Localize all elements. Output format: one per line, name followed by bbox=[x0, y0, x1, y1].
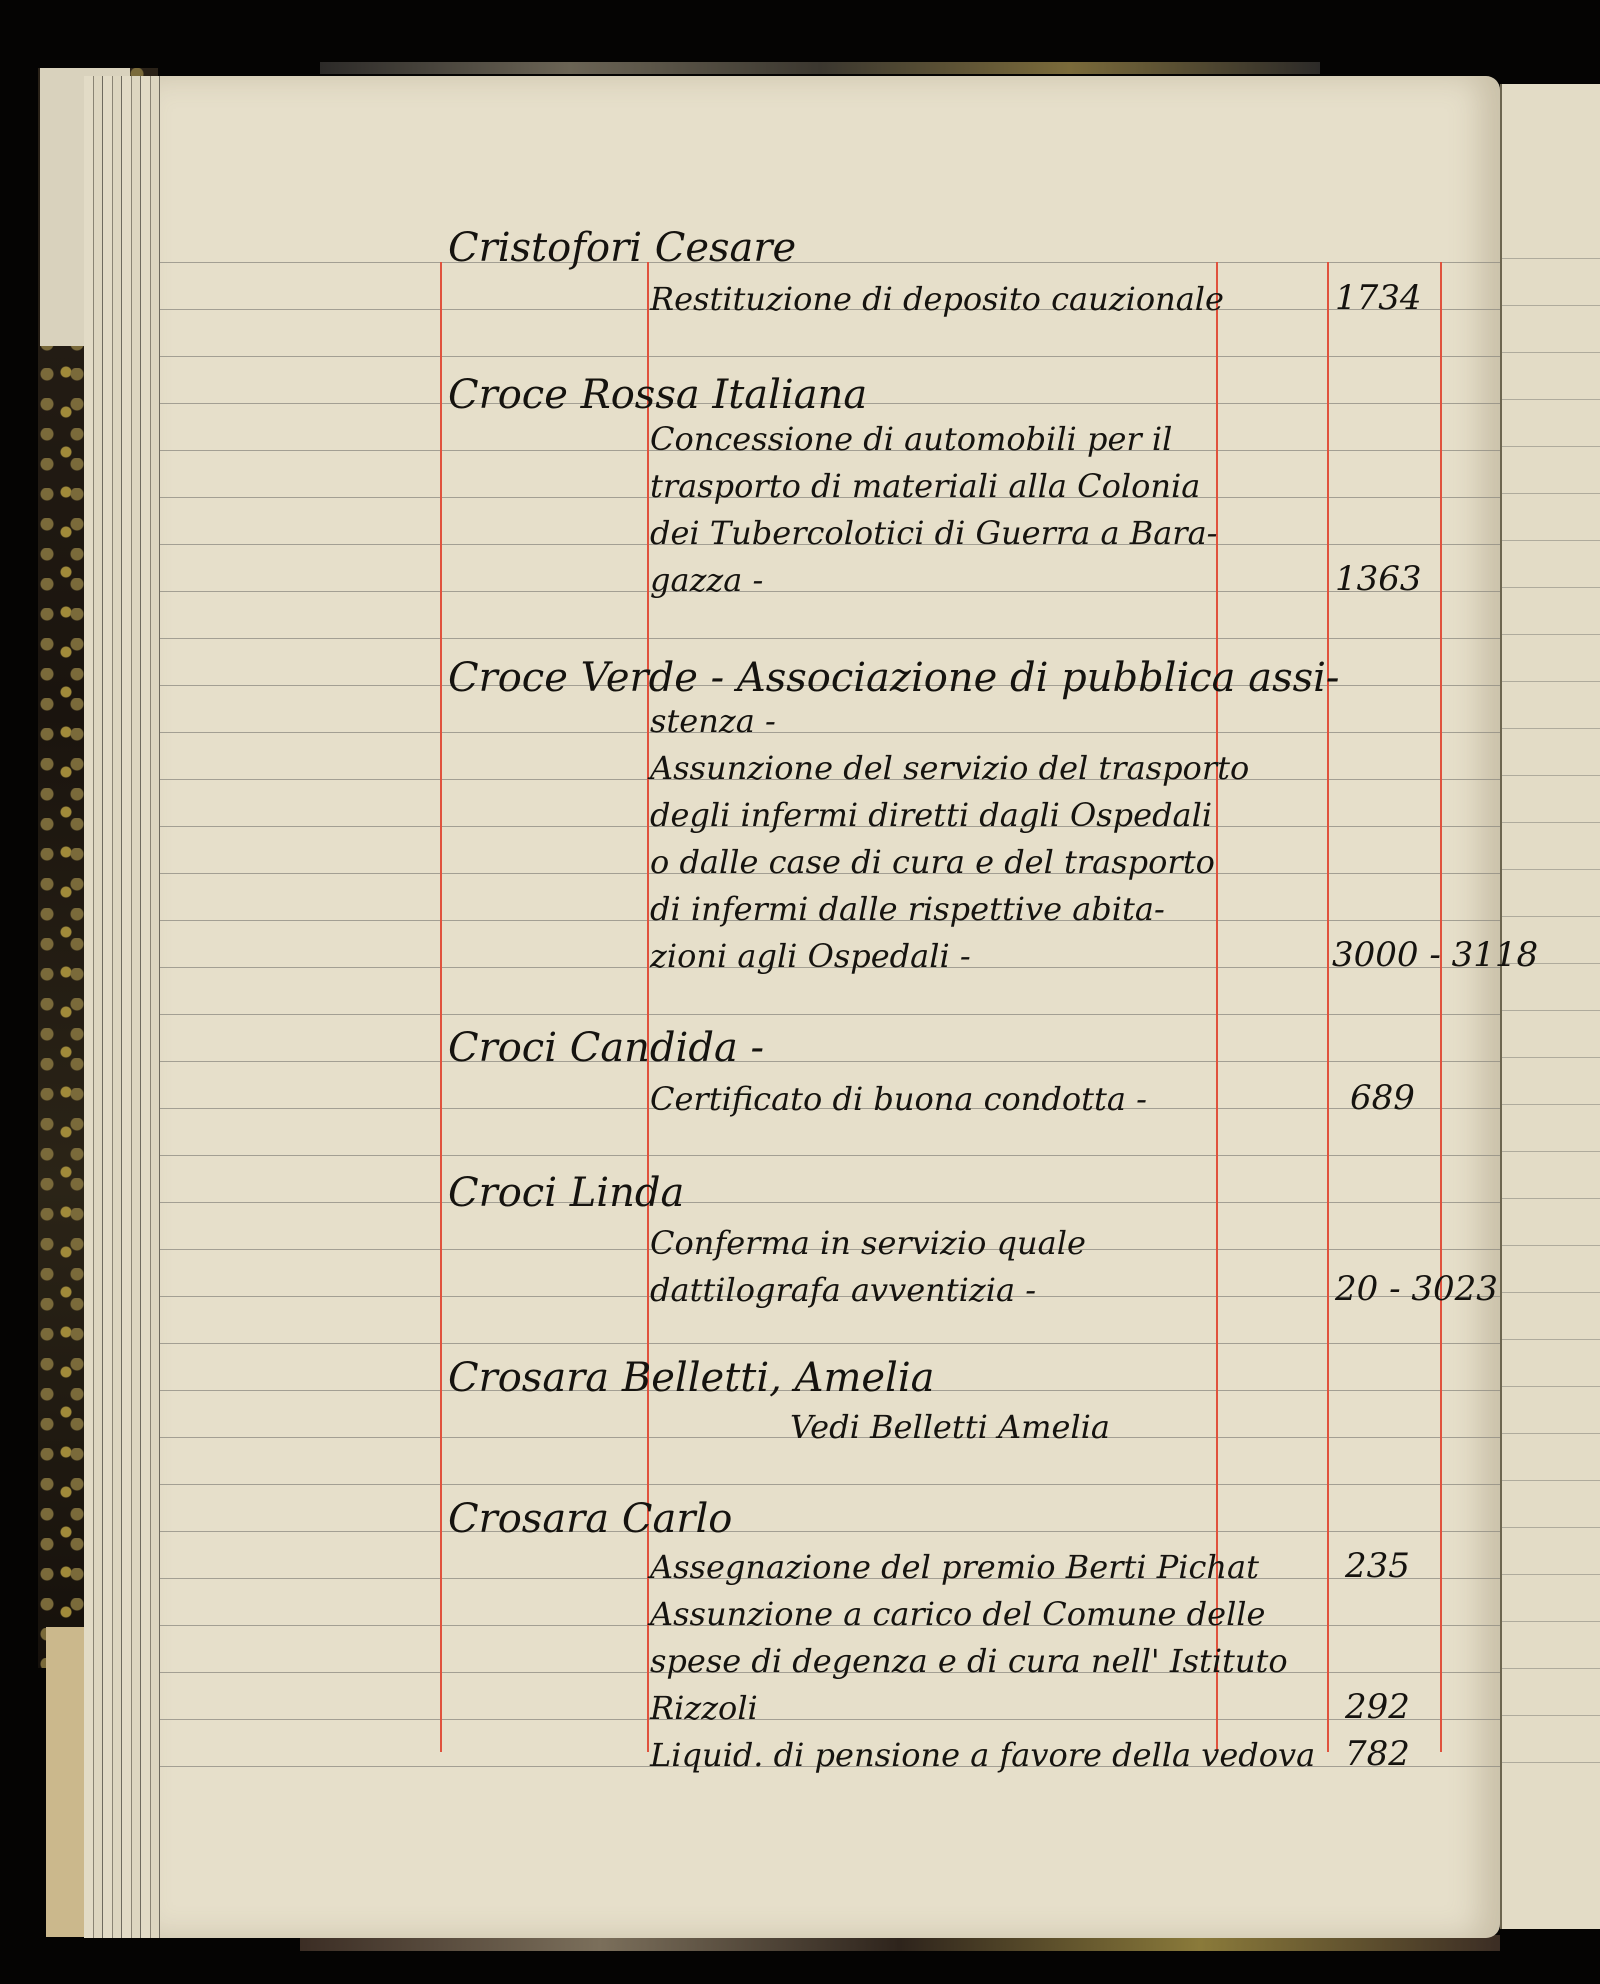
entry-ref: 1363 bbox=[1335, 559, 1422, 599]
next-page-ruled-line bbox=[1502, 869, 1600, 870]
entry-ref: 782 bbox=[1345, 1734, 1410, 1774]
entry-name: Croci Linda bbox=[448, 1170, 684, 1216]
next-page-ruled-line bbox=[1502, 1010, 1600, 1011]
entry-ref: 1734 bbox=[1335, 278, 1422, 318]
next-page-ruled-line bbox=[1502, 1621, 1600, 1622]
red-column-line-4 bbox=[1327, 262, 1329, 1752]
entry-line: dattilografa avventizia - bbox=[650, 1271, 1036, 1309]
ruled-line bbox=[160, 262, 1500, 263]
entry-line: o dalle case di cura e del trasporto bbox=[650, 843, 1215, 881]
ruled-line bbox=[160, 1484, 1500, 1485]
entry-line: spese di degenza e di cura nell' Istitut… bbox=[650, 1642, 1288, 1680]
entry-ref: 3000 - 3118 bbox=[1332, 935, 1538, 975]
entry-line: Assunzione a carico del Comune delle bbox=[650, 1595, 1265, 1633]
red-column-line-1 bbox=[440, 262, 442, 1752]
entry-name: Crosara Belletti, Amelia bbox=[448, 1355, 934, 1401]
next-page-ruled-line bbox=[1502, 1668, 1600, 1669]
entry-name: Cristofori Cesare bbox=[448, 225, 796, 271]
next-page-edge bbox=[1500, 84, 1600, 1929]
entry-line: Concessione di automobili per il bbox=[650, 420, 1172, 458]
next-page-ruled-line bbox=[1502, 352, 1600, 353]
ruled-line bbox=[160, 1531, 1500, 1532]
next-page-ruled-line bbox=[1502, 1386, 1600, 1387]
entry-cross-reference: Vedi Belletti Amelia bbox=[790, 1408, 1110, 1446]
ruled-line bbox=[160, 1202, 1500, 1203]
entry-ref: 20 - 3023 bbox=[1335, 1269, 1498, 1309]
entry-line: Conferma in servizio quale bbox=[650, 1224, 1086, 1262]
entry-line: Assegnazione del premio Berti Pichat bbox=[650, 1548, 1259, 1586]
next-page-ruled-line bbox=[1502, 1057, 1600, 1058]
next-page-ruled-line bbox=[1502, 775, 1600, 776]
entry-name: Crosara Carlo bbox=[448, 1496, 732, 1542]
next-page-ruled-line bbox=[1502, 1480, 1600, 1481]
next-page-ruled-line bbox=[1502, 728, 1600, 729]
entry-ref: 292 bbox=[1345, 1687, 1410, 1727]
entry-line: zioni agli Ospedali - bbox=[650, 937, 971, 975]
ruled-line bbox=[160, 638, 1500, 639]
entry-line: di infermi dalle rispettive abita- bbox=[650, 890, 1165, 928]
ruled-line bbox=[160, 356, 1500, 357]
next-page-ruled-line bbox=[1502, 587, 1600, 588]
red-column-line-3 bbox=[1216, 262, 1218, 1752]
next-page-ruled-line bbox=[1502, 916, 1600, 917]
ruled-line bbox=[160, 591, 1500, 592]
next-page-ruled-line bbox=[1502, 493, 1600, 494]
entry-line: Certificato di buona condotta - bbox=[650, 1080, 1147, 1118]
next-page-ruled-line bbox=[1502, 1198, 1600, 1199]
ruled-line bbox=[160, 1014, 1500, 1015]
next-page-ruled-line bbox=[1502, 1433, 1600, 1434]
entry-name-continued: stenza - bbox=[650, 702, 776, 740]
entry-line: degli infermi diretti dagli Ospedali bbox=[650, 796, 1212, 834]
next-page-ruled-line bbox=[1502, 681, 1600, 682]
next-page-ruled-line bbox=[1502, 1245, 1600, 1246]
ruled-line bbox=[160, 1061, 1500, 1062]
entry-line: Restituzione di deposito cauzionale bbox=[650, 280, 1224, 318]
next-page-ruled-line bbox=[1502, 1762, 1600, 1763]
entry-line: Rizzoli bbox=[650, 1689, 758, 1727]
book-cover-top-strip bbox=[320, 62, 1320, 74]
ruled-line bbox=[160, 1155, 1500, 1156]
next-page-ruled-line bbox=[1502, 305, 1600, 306]
entry-line: Liquid. di pensione a favore della vedov… bbox=[650, 1736, 1315, 1774]
next-page-ruled-line bbox=[1502, 1292, 1600, 1293]
next-page-ruled-line bbox=[1502, 1574, 1600, 1575]
entry-line: trasporto di materiali alla Colonia bbox=[650, 467, 1200, 505]
next-page-ruled-line bbox=[1502, 1151, 1600, 1152]
next-page-ruled-line bbox=[1502, 1339, 1600, 1340]
red-column-line-5 bbox=[1440, 262, 1442, 1752]
next-page-ruled-line bbox=[1502, 1715, 1600, 1716]
next-page-ruled-line bbox=[1502, 1104, 1600, 1105]
entry-line: dei Tubercolotici di Guerra a Bara- bbox=[650, 514, 1217, 552]
next-page-ruled-line bbox=[1502, 258, 1600, 259]
entry-name: Croce Rossa Italiana bbox=[448, 372, 867, 418]
entry-line: Assunzione del servizio del trasporto bbox=[650, 749, 1249, 787]
ruled-line bbox=[160, 1343, 1500, 1344]
next-page-ruled-line bbox=[1502, 822, 1600, 823]
next-page-ruled-line bbox=[1502, 399, 1600, 400]
entry-ref: 689 bbox=[1350, 1078, 1415, 1118]
entry-line: gazza - bbox=[650, 561, 763, 599]
entry-ref: 235 bbox=[1345, 1546, 1410, 1586]
ruled-line bbox=[160, 732, 1500, 733]
ruled-line bbox=[160, 1719, 1500, 1720]
next-page-ruled-line bbox=[1502, 446, 1600, 447]
next-page-ruled-line bbox=[1502, 1527, 1600, 1528]
entry-name: Croci Candida - bbox=[448, 1025, 764, 1071]
entry-name: Croce Verde - Associazione di pubblica a… bbox=[448, 655, 1339, 701]
next-page-ruled-line bbox=[1502, 540, 1600, 541]
next-page-ruled-line bbox=[1502, 634, 1600, 635]
